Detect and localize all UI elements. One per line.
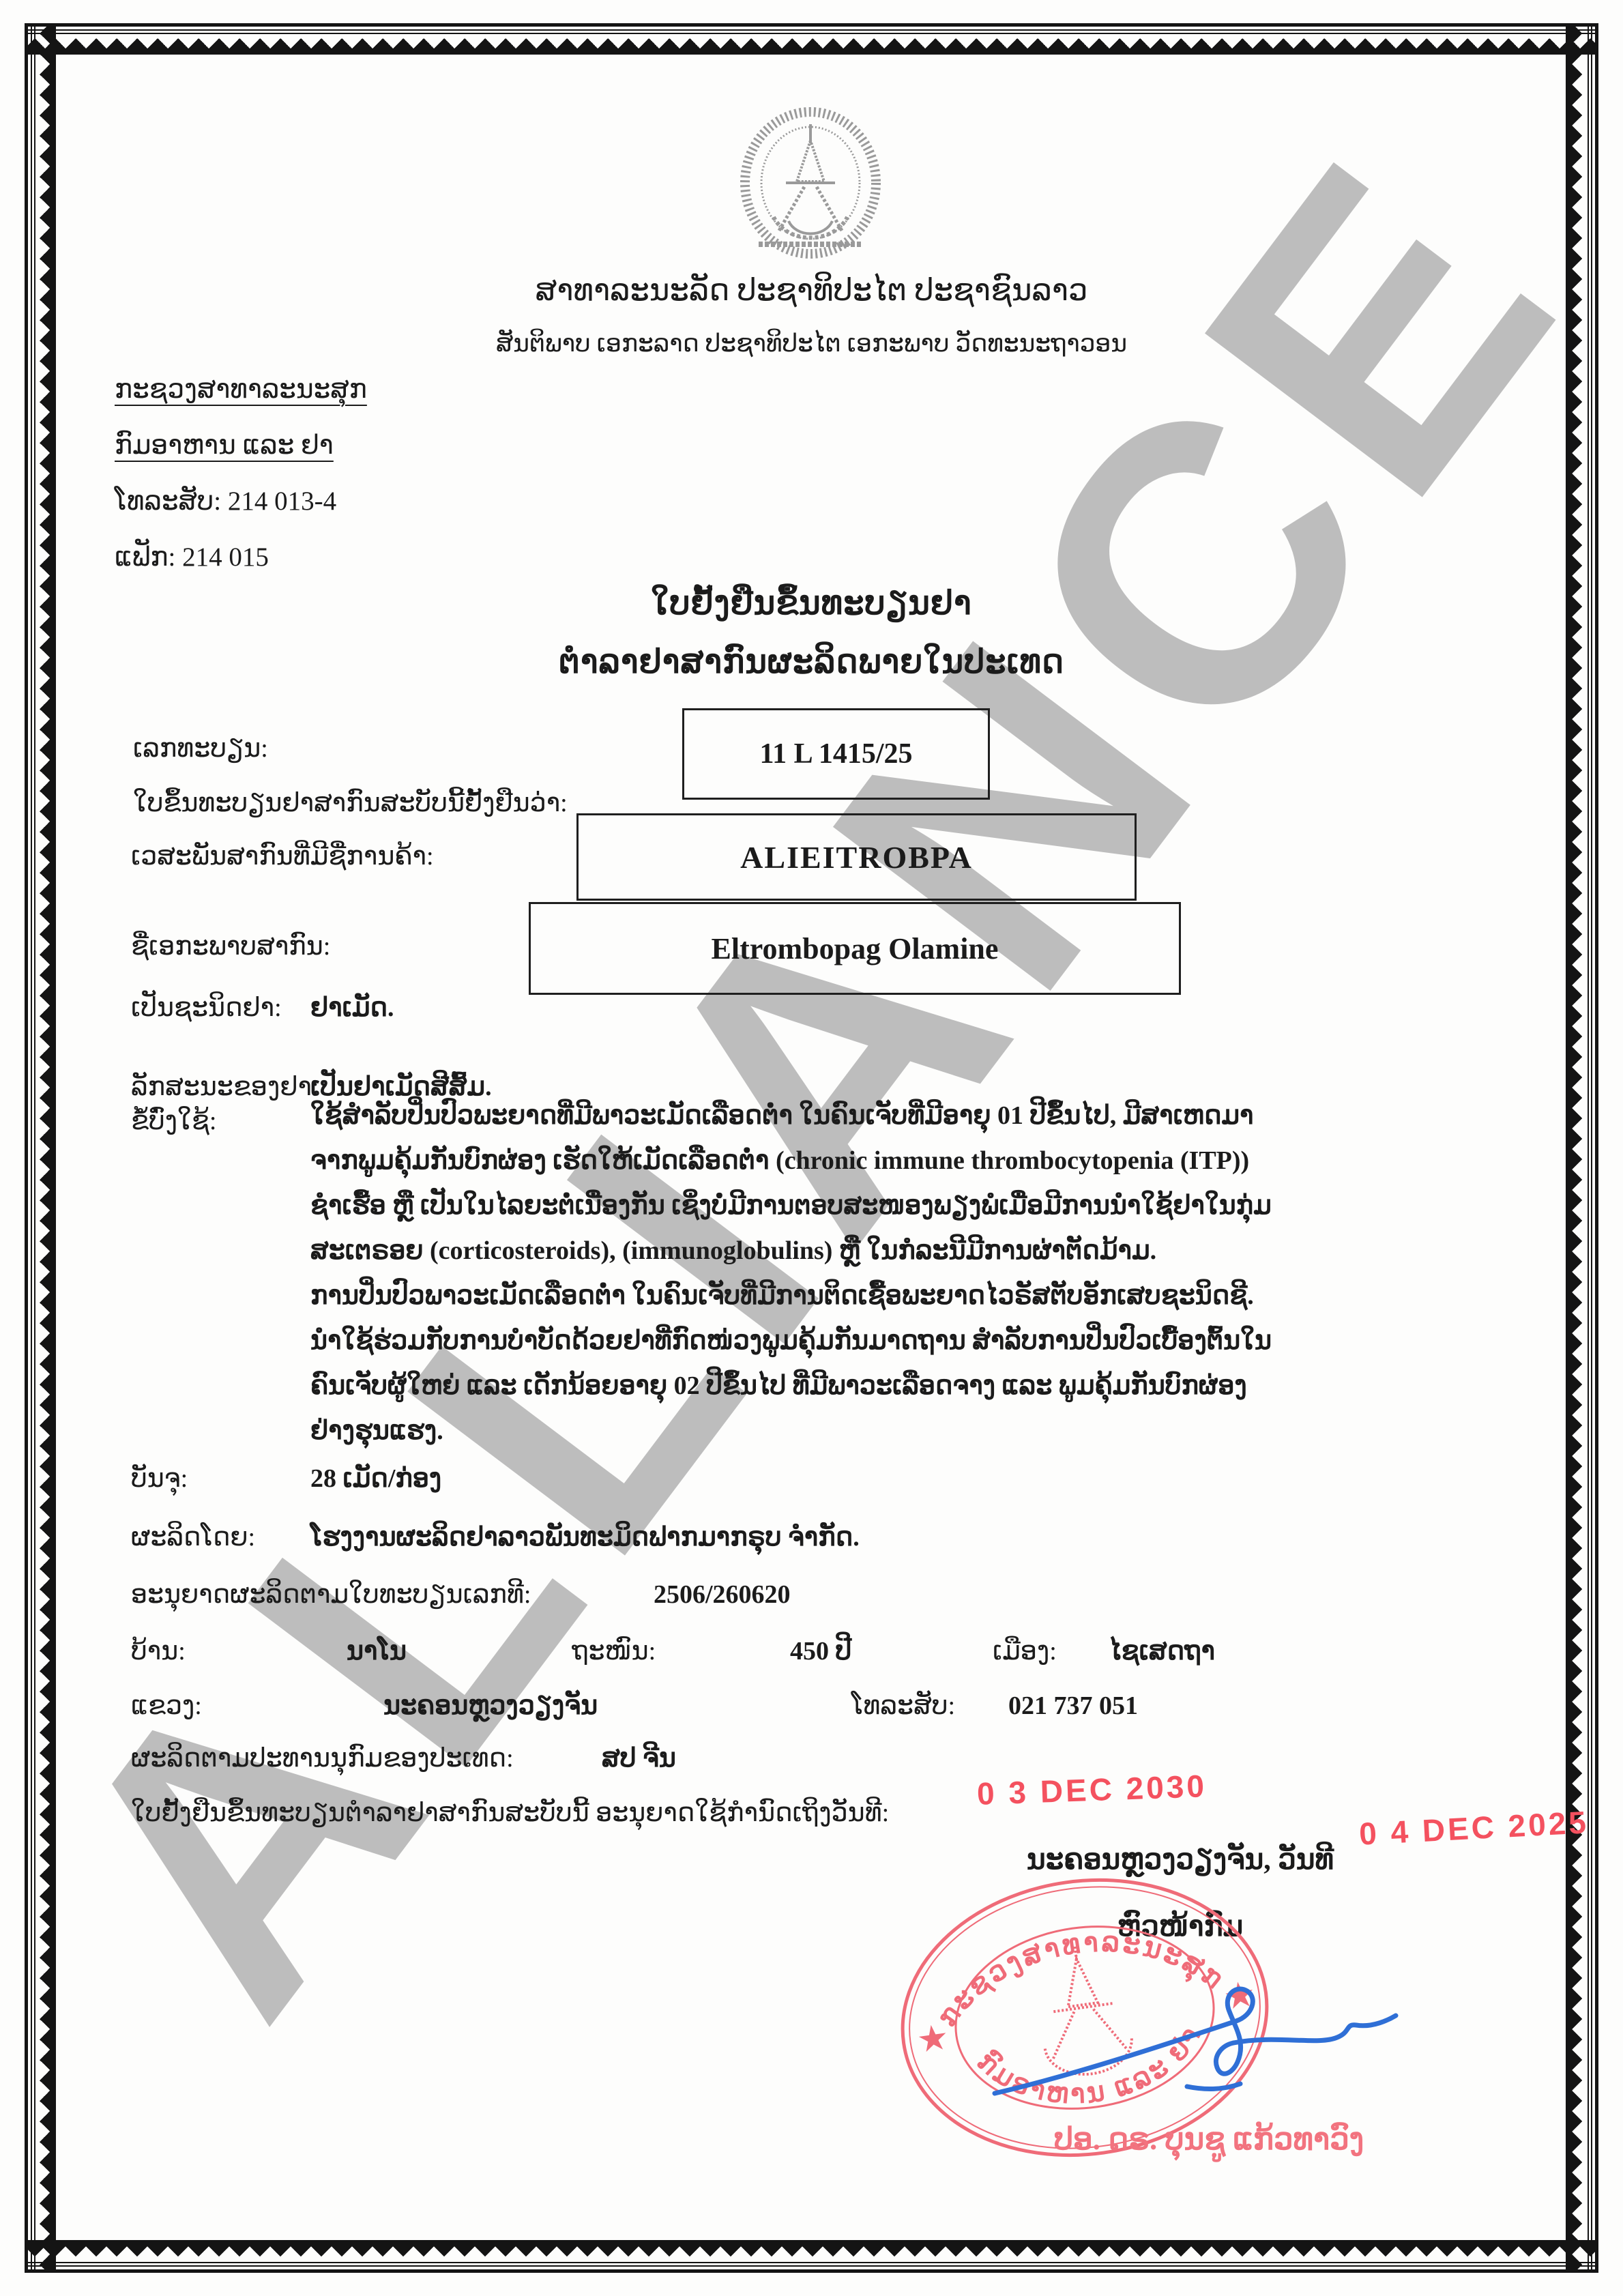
certifies-line: ໃບຂຶ້ນທະບຽນຢາສາກົນສະບັບນີ້ຢັ້ງຢືນວ່າ: xyxy=(133,786,568,821)
pack-value: 28 ເມັດ/ກ່ອງ xyxy=(310,1462,441,1496)
description-label: ລັກສະນະຂອງຢາ: xyxy=(131,1070,319,1105)
form-value: ຢາເມັດ. xyxy=(310,991,394,1026)
signer-name: ປອ. ດຣ. ບຸນຊູ ແກ້ວທາວົງ xyxy=(1054,2121,1364,2157)
reg-no-box: 11 L 1415/25 xyxy=(682,708,990,800)
inn-box: Eltrombopag Olamine xyxy=(529,902,1181,995)
pharmacopoeia-label: ຜະລິດຕາມປະທານນຸກົມຂອງປະເທດ: xyxy=(131,1741,514,1776)
fax-value: 214 015 xyxy=(182,542,269,572)
reg-no-value: 11 L 1415/25 xyxy=(759,738,912,770)
telephone-value: 214 013-4 xyxy=(228,486,336,516)
lao-national-emblem-icon xyxy=(731,101,890,287)
street-label: ຖະໜົນ: xyxy=(572,1634,656,1669)
province-value: ນະຄອນຫຼວງວຽງຈັນ xyxy=(383,1689,598,1724)
trade-name-label: ເວສະພັນສາກົນທີ່ມີຊື່ການຄ້າ: xyxy=(131,839,434,874)
telephone-label: ໂທລະສັບ: xyxy=(115,486,221,516)
license-value: 2506/260620 xyxy=(654,1578,791,1612)
reg-no-label: ເລກທະບຽນ: xyxy=(133,731,268,766)
ministry-name: ກະຊວງສາທາລະນະສຸກ xyxy=(115,374,367,405)
expiry-date-stamp: 0 3 DEC 2030 xyxy=(976,1767,1208,1812)
phone-label: ໂທລະສັບ: xyxy=(851,1689,955,1724)
indications-line: ຈາກພູມຄຸ້ມກັນບົກຜ່ອງ ເຮັດໃຫ້ເມັດເລືອດຕໍ່… xyxy=(310,1145,1511,1190)
pack-label: ບັນຈຸ: xyxy=(131,1462,188,1496)
license-label: ອະນຸຍາດຜະລິດຕາມໃບທະບຽນເລກທີ: xyxy=(131,1578,531,1612)
indications-line: ສະເຕຣອຍ (corticosteroids), (immunoglobul… xyxy=(310,1235,1511,1280)
indications-line: ການປິ່ນປົວພາວະເມັດເລືອດຕໍ່າ ໃນຄົນເຈັບທີ່… xyxy=(310,1280,1511,1325)
issuer-telephone: ໂທລະສັບ: 214 013-4 xyxy=(115,486,336,517)
street-value: 450 ປີ xyxy=(790,1634,851,1669)
pharmacopoeia-value: ສປ ຈີນ xyxy=(602,1741,676,1776)
trade-name-box: ALIEITROBPA xyxy=(576,813,1137,901)
fax-label: ແຟັກ: xyxy=(115,542,175,572)
indications-line: ຊໍາເຮື້ອ ຫຼື ເປັນໃນໄລຍະຕໍ່ເນື່ອງກັນ ເຊິ່… xyxy=(310,1190,1511,1235)
indications-line: ໃຊ້ສໍາລັບປິ່ນປົວພະຍາດທີ່ມີພາວະເມັດເລືອດຕ… xyxy=(310,1100,1511,1145)
province-label: ແຂວງ: xyxy=(131,1689,202,1724)
village-label: ບ້ານ: xyxy=(131,1634,186,1669)
certificate-title-line2: ຕໍາລາຢາສາກົນຜະລິດພາຍໃນປະເທດ xyxy=(0,643,1623,681)
republic-name-line: ສາທາລະນະລັດ ປະຊາທິປະໄຕ ປະຊາຊົນລາວ xyxy=(0,272,1623,308)
inn-value: Eltrombopag Olamine xyxy=(712,931,999,966)
validity-label: ໃບຢັ້ງຢືນຂຶ້ນທະບຽນຕໍາລາຢາສາກົນສະບັບນີ້ ອ… xyxy=(131,1796,889,1831)
certificate-page: ALLIANCE ສາທາລະນະລັດ ປະຊາທິປະໄຕ ປະຊາຊົນລ… xyxy=(0,0,1623,2296)
inn-label: ຊື່ເອກະພາບສາກົນ: xyxy=(131,929,330,964)
department-name: ກົມອາຫານ ແລະ ຢາ xyxy=(115,430,334,461)
signature-ink xyxy=(982,1972,1405,2115)
district-label: ເມືອງ: xyxy=(993,1634,1057,1669)
certificate-title-line1: ໃບຢັ້ງຢືນຂຶ້ນທະບຽນຢາ xyxy=(0,584,1623,622)
manufacturer-label: ຜະລິດໂດຍ: xyxy=(131,1520,255,1555)
form-label: ເປັນຊະນິດຢາ: xyxy=(131,991,282,1026)
phone-value: 021 737 051 xyxy=(1008,1689,1138,1724)
district-value: ໄຊເສດຖາ xyxy=(1109,1634,1215,1669)
indications-line: ຢ່າງຮຸນແຮງ. xyxy=(310,1415,1511,1460)
trade-name-value: ALIEITROBPA xyxy=(740,839,973,875)
indications-label: ຂໍ້ບົ່ງໃຊ້: xyxy=(131,1104,216,1139)
manufacturer-value: ໂຮງງານຜະລິດຢາລາວພັນທະມິດຟາກມາກຣຸບ ຈໍາກັດ… xyxy=(310,1520,860,1555)
indications-line: ຄົນເຈັບຜູ້ໃຫຍ່ ແລະ ເດັກນ້ອຍອາຍຸ 02 ປີຂຶ້… xyxy=(310,1370,1511,1415)
indications-line: ນໍາໃຊ້ຮ່ວມກັບການບໍາບັດດ້ວຍຢາທີ່ກົດໜ່ວງພູ… xyxy=(310,1325,1511,1370)
indications-text: ໃຊ້ສໍາລັບປິ່ນປົວພະຍາດທີ່ມີພາວະເມັດເລືອດຕ… xyxy=(310,1100,1511,1460)
issuer-fax: ແຟັກ: 214 015 xyxy=(115,542,269,572)
motto-line: ສັນຕິພາບ ເອກະລາດ ປະຊາທິປະໄຕ ເອກະພາບ ວັດທ… xyxy=(0,329,1623,358)
village-value: ນາໂນ xyxy=(347,1634,407,1669)
